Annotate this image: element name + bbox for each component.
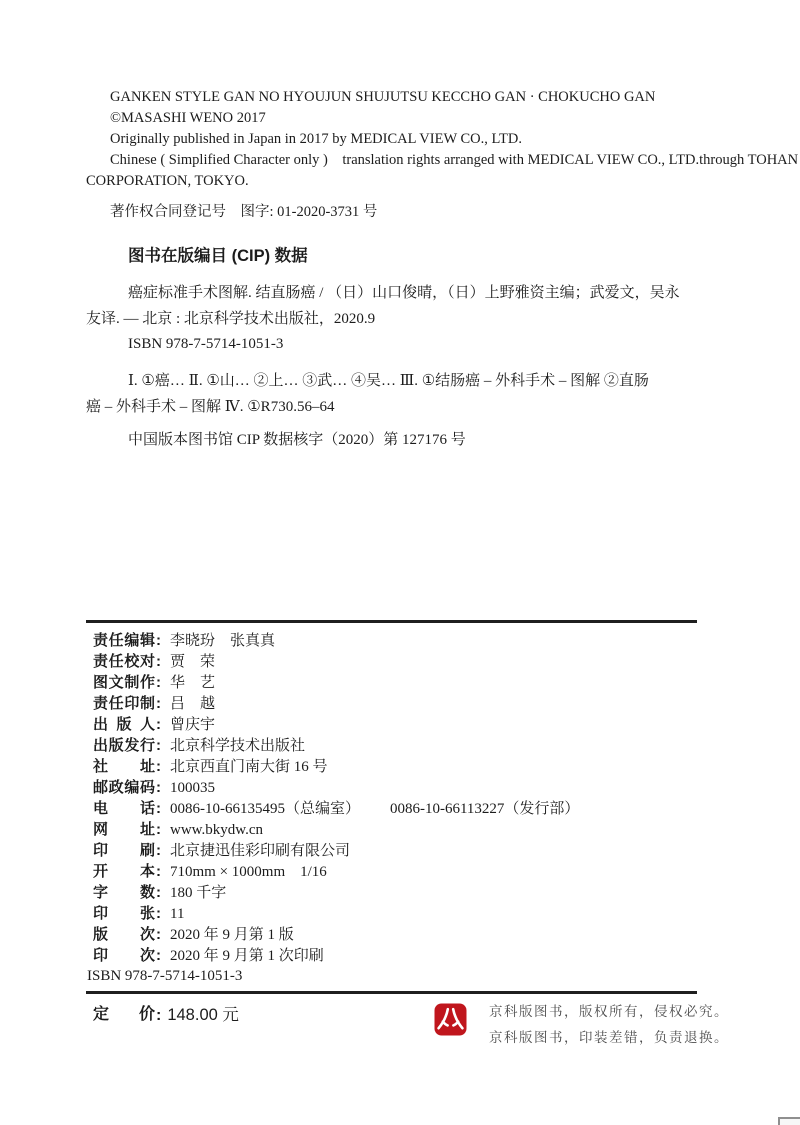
colophon-label: 电话	[93, 798, 155, 819]
copyright-page: GANKEN STYLE GAN NO HYOUJUN SHUJUTSU KEC…	[0, 0, 800, 1125]
colophon-row-website: 网址:www.bkydw.cn	[87, 819, 727, 840]
colophon-colon: :	[156, 924, 161, 945]
colophon-label: 印张	[93, 903, 155, 924]
colophon-colon: :	[156, 945, 161, 966]
colophon-colon: :	[156, 651, 161, 672]
colophon-value-phone-distribution: 0086-10-66113227（发行部）	[390, 801, 579, 817]
colophon-value: 李晓玢 张真真	[170, 633, 275, 649]
colophon-label: 网址	[93, 819, 155, 840]
colophon-value: 11	[170, 906, 184, 922]
colophon-colon: :	[156, 672, 161, 693]
colophon-value: 710mm × 1000mm 1/16	[170, 864, 327, 880]
colophon-label: 版次	[93, 924, 155, 945]
colophon-colon: :	[156, 693, 161, 714]
colophon-row-print-supervisor: 责任印制:吕 越	[87, 693, 727, 714]
colophon-colon: :	[156, 798, 161, 819]
isbn-text: ISBN 978-7-5714-1051-3	[87, 968, 242, 984]
colophon-row-editor: 责任编辑:李晓玢 张真真	[87, 630, 727, 651]
colophon-colon: :	[156, 777, 161, 798]
colophon-colon: :	[156, 735, 161, 756]
colophon-label: 字数	[93, 882, 155, 903]
colophon-label: 印次	[93, 945, 155, 966]
colophon-colon: :	[156, 819, 161, 840]
colophon-label: 社址	[93, 756, 155, 777]
colophon-row-edition: 版次:2020 年 9 月第 1 版	[87, 924, 727, 945]
colophon-value: 180 千字	[170, 885, 226, 901]
colophon-label: 开本	[93, 861, 155, 882]
colophon-colon: :	[156, 861, 161, 882]
colophon-value: 北京西直门南大街 16 号	[170, 759, 328, 775]
colophon-value: www.bkydw.cn	[170, 822, 263, 838]
colophon-value: 2020 年 9 月第 1 次印刷	[170, 948, 324, 964]
colophon-colon: :	[156, 903, 161, 924]
registration-number: 著作权合同登记号 图字: 01-2020-3731 号	[110, 200, 377, 221]
notice-copyright: 京科版图书，版权所有，侵权必究。	[489, 999, 729, 1025]
cip-heading: 图书在版编目 (CIP) 数据	[128, 242, 308, 266]
colophon-colon: :	[156, 630, 161, 651]
colophon-value: 2020 年 9 月第 1 版	[170, 927, 294, 943]
colophon-row-printing: 印次:2020 年 9 月第 1 次印刷	[87, 945, 727, 966]
original-title-romaji: GANKEN STYLE GAN NO HYOUJUN SHUJUTSU KEC…	[86, 87, 746, 108]
colophon-value: 北京科学技术出版社	[170, 738, 305, 754]
colophon-row-layout: 图文制作:华 艺	[87, 672, 727, 693]
colophon-row-postcode: 邮政编码:100035	[87, 777, 727, 798]
cip-classification: Ⅰ. ①癌… Ⅱ. ①山… ②上… ③武… ④吴… Ⅲ. ①结肠癌 – 外科手术…	[86, 369, 766, 420]
colophon-isbn-line: ISBN 978-7-5714-1051-3	[87, 966, 727, 987]
colophon-value: 曾庆宇	[170, 717, 215, 733]
cip-classification-line2: 癌 – 外科手术 – 图解 Ⅳ. ①R730.56–64	[86, 395, 766, 421]
cip-description: 癌症标准手术图解. 结直肠癌 / （日）山口俊晴，（日）上野雅资主编；武爱文，吴…	[86, 281, 766, 358]
price-row: 定价:148.00 元	[93, 1001, 239, 1025]
colophon-value: 100035	[170, 780, 215, 796]
colophon-row-printer: 印刷:北京捷迅佳彩印刷有限公司	[87, 840, 727, 861]
colophon-row-word-count: 字数:180 千字	[87, 882, 727, 903]
colophon-label: 出版发行	[93, 735, 155, 756]
publisher-seal-icon	[434, 1003, 467, 1036]
price-colon: :	[156, 1007, 161, 1024]
cip-record-number: 中国版本图书馆 CIP 数据核字（2020）第 127176 号	[128, 428, 466, 449]
colophon-value-phone-editorial: 0086-10-66135495（总编室）	[170, 801, 360, 817]
colophon-label: 出版人	[93, 714, 155, 735]
price-value: 148.00 元	[167, 1006, 239, 1024]
cip-description-line1: 癌症标准手术图解. 结直肠癌 / （日）山口俊晴，（日）上野雅资主编；武爱文，吴…	[86, 281, 766, 307]
colophon-label: 图文制作	[93, 672, 155, 693]
divider-top	[86, 620, 697, 623]
colophon-row-phone: 电话:0086-10-66135495（总编室）0086-10-66113227…	[87, 798, 727, 819]
colophon-row-publisher-person: 出版人:曾庆宇	[87, 714, 727, 735]
colophon-value: 华 艺	[170, 675, 215, 691]
colophon-label: 印刷	[93, 840, 155, 861]
translation-rights-line-cont: CORPORATION, TOKYO.	[86, 171, 746, 192]
colophon-row-proofreader: 责任校对:贾 荣	[87, 651, 727, 672]
colophon-list: 责任编辑:李晓玢 张真真 责任校对:贾 荣 图文制作:华 艺 责任印制:吕 越 …	[87, 630, 727, 987]
copyright-holder-line: ©MASASHI WENO 2017	[86, 108, 746, 129]
cip-isbn: ISBN 978-7-5714-1051-3	[86, 332, 766, 358]
english-copyright-block: GANKEN STYLE GAN NO HYOUJUN SHUJUTSU KEC…	[86, 87, 746, 192]
colophon-row-format: 开本:710mm × 1000mm 1/16	[87, 861, 727, 882]
colophon-label: 责任印制	[93, 693, 155, 714]
notice-returns: 京科版图书，印装差错，负责退换。	[489, 1025, 729, 1051]
colophon-colon: :	[156, 882, 161, 903]
colophon-colon: :	[156, 840, 161, 861]
original-publication-line: Originally published in Japan in 2017 by…	[86, 129, 746, 150]
colophon-label: 责任校对	[93, 651, 155, 672]
publisher-notices: 京科版图书，版权所有，侵权必究。 京科版图书，印装差错，负责退换。	[489, 999, 729, 1050]
colophon-row-sheets: 印张:11	[87, 903, 727, 924]
divider-bottom	[86, 991, 697, 994]
colophon-colon: :	[156, 714, 161, 735]
colophon-colon: :	[156, 756, 161, 777]
colophon-label: 责任编辑	[93, 630, 155, 651]
colophon-row-publisher: 出版发行:北京科学技术出版社	[87, 735, 727, 756]
colophon-value: 贾 荣	[170, 654, 215, 670]
colophon-value: 北京捷迅佳彩印刷有限公司	[170, 843, 350, 859]
colophon-label: 邮政编码	[93, 777, 155, 798]
colophon-row-address: 社址:北京西直门南大街 16 号	[87, 756, 727, 777]
price-label: 定价	[93, 1001, 155, 1024]
cip-classification-line1: Ⅰ. ①癌… Ⅱ. ①山… ②上… ③武… ④吴… Ⅲ. ①结肠癌 – 外科手术…	[86, 369, 766, 395]
translation-rights-line: Chinese ( Simplified Character only ) tr…	[86, 150, 746, 171]
scan-corner-artifact	[778, 1117, 800, 1125]
colophon-value: 吕 越	[170, 696, 215, 712]
cip-description-line2: 友译. — 北京 : 北京科学技术出版社，2020.9	[86, 307, 766, 333]
